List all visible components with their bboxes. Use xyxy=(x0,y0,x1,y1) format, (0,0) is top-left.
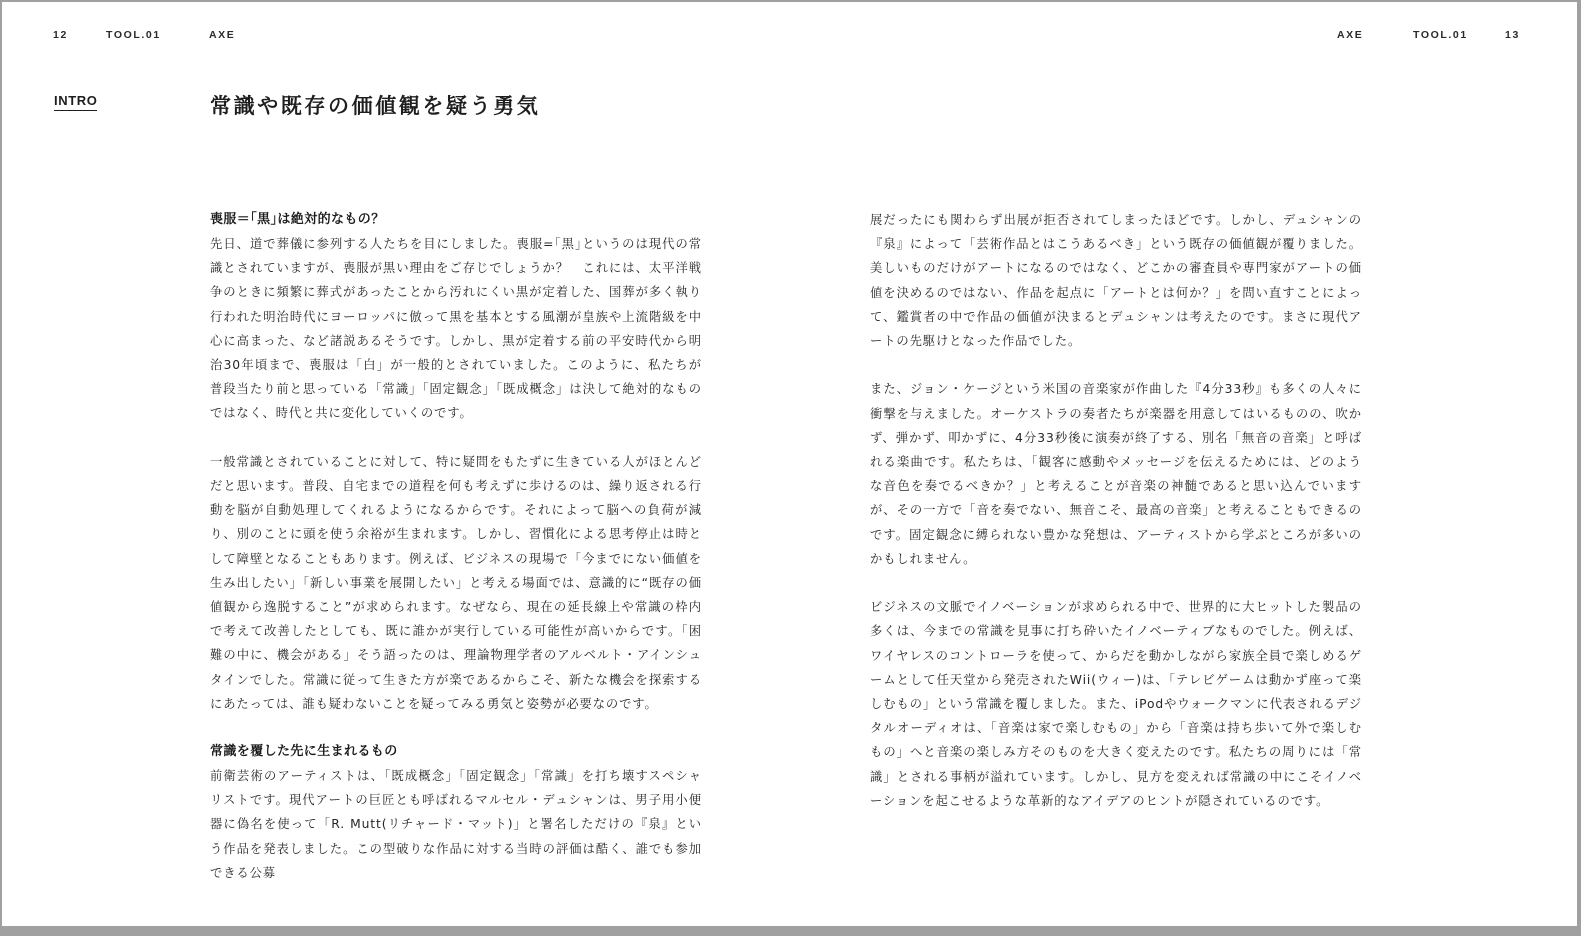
left-page-number: 12 xyxy=(53,29,68,41)
body-paragraph: 前衛芸術のアーティストは、「既成概念」「固定観念」「常識」を打ち壊すスペシャリス… xyxy=(210,764,702,885)
right-column: 展だったにも関わらず出展が拒否されてしまったほどです。しかし、デュシャンの『泉』… xyxy=(870,208,1362,813)
book-spread: 12 TOOL.01 AXE AXE TOOL.01 13 INTRO 常識や既… xyxy=(2,2,1577,926)
left-running-tool: AXE xyxy=(209,29,235,41)
section-heading: 喪服＝｢黒｣は絶対的なもの？ xyxy=(210,208,702,232)
body-paragraph: また、ジョン・ケージという米国の音楽家が作曲した『4分33秒』も多くの人々に衝撃… xyxy=(870,377,1362,571)
right-page-number: 13 xyxy=(1505,29,1520,41)
page-title: 常識や既存の価値観を疑う勇気 xyxy=(210,91,540,121)
body-paragraph: 先日、道で葬儀に参列する人たちを目にしました。喪服=｢黒｣というのは現代の常識と… xyxy=(210,232,702,426)
left-column: 喪服＝｢黒｣は絶対的なもの？ 先日、道で葬儀に参列する人たちを目にしました。喪服… xyxy=(210,208,702,885)
body-paragraph: 展だったにも関わらず出展が拒否されてしまったほどです。しかし、デュシャンの『泉』… xyxy=(870,208,1362,353)
intro-label: INTRO xyxy=(54,94,97,111)
section-heading: 常識を覆した先に生まれるもの xyxy=(210,740,702,764)
body-paragraph: 一般常識とされていることに対して、特に疑問をもたずに生きている人がほとんどだと思… xyxy=(210,450,702,716)
right-running-tool: AXE xyxy=(1337,29,1363,41)
left-running-section: TOOL.01 xyxy=(106,29,161,41)
body-paragraph: ビジネスの文脈でイノベーションが求められる中で、世界的に大ヒットした製品の多くは… xyxy=(870,595,1362,813)
right-running-section: TOOL.01 xyxy=(1413,29,1468,41)
